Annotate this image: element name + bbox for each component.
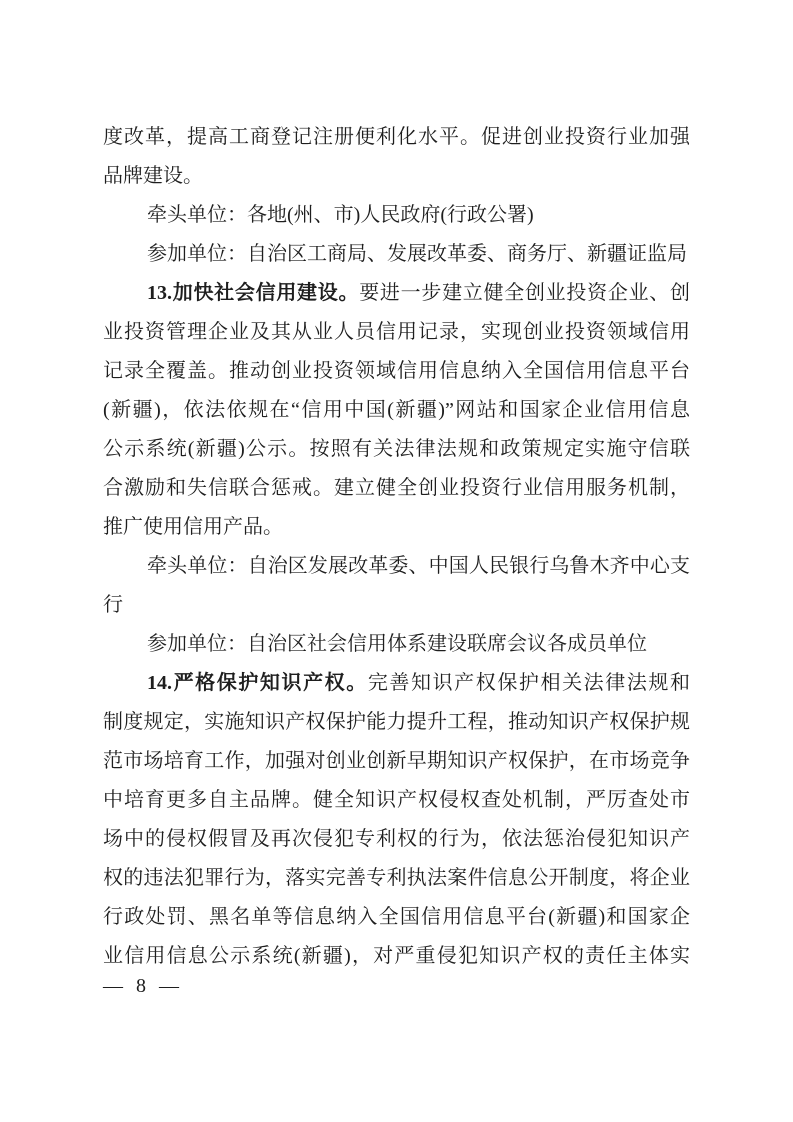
lead-unit-line: 牵头单位：各地(州、市)人民政府(行政公署)	[103, 196, 690, 235]
text-line: 13.加快社会信用建设。要进一步建立健全创业投资企业、创	[103, 274, 690, 313]
text-line: 公示系统(新疆)公示。按照有关法律法规和政策规定实施守信联	[103, 430, 690, 469]
text-run: 完善知识产权保护相关法律法规和	[368, 672, 690, 694]
item-14-heading: 14.严格保护知识产权。	[147, 672, 368, 694]
text-line: 行政处罚、黑名单等信息纳入全国信用信息平台(新疆)和国家企	[103, 898, 690, 937]
document-body: 度改革，提高工商登记注册便利化水平。促进创业投资行业加强 品牌建设。 牵头单位：…	[103, 118, 690, 976]
item-13-heading: 13.加快社会信用建设。	[147, 282, 359, 304]
text-line: 品牌建设。	[103, 157, 690, 196]
text-line: 记录全覆盖。推动创业投资领域信用信息纳入全国信用信息平台	[103, 352, 690, 391]
participating-unit-line: 参加单位：自治区社会信用体系建设联席会议各成员单位	[103, 625, 690, 664]
text-line: 度改革，提高工商登记注册便利化水平。促进创业投资行业加强	[103, 118, 690, 157]
lead-unit-line: 牵头单位：自治区发展改革委、中国人民银行乌鲁木齐中心支	[103, 547, 690, 586]
text-line: 权的违法犯罪行为，落实完善专利执法案件信息公开制度，将企业	[103, 859, 690, 898]
document-page: 度改革，提高工商登记注册便利化水平。促进创业投资行业加强 品牌建设。 牵头单位：…	[0, 0, 793, 1122]
text-line: 制度规定，实施知识产权保护能力提升工程，推动知识产权保护规	[103, 703, 690, 742]
text-line: 行	[103, 586, 690, 625]
participating-unit-line: 参加单位：自治区工商局、发展改革委、商务厅、新疆证监局	[103, 235, 690, 274]
text-line: 范市场培育工作，加强对创业创新早期知识产权保护，在市场竞争	[103, 742, 690, 781]
text-line: (新疆)，依法依规在“信用中国(新疆)”网站和国家企业信用信息	[103, 391, 690, 430]
text-line: 推广使用信用产品。	[103, 508, 690, 547]
page-number: — 8 —	[103, 972, 180, 1000]
text-line: 业信用信息公示系统(新疆)，对严重侵犯知识产权的责任主体实	[103, 937, 690, 976]
text-line: 中培育更多自主品牌。健全知识产权侵权查处机制，严厉查处市	[103, 781, 690, 820]
text-line: 14.严格保护知识产权。完善知识产权保护相关法律法规和	[103, 664, 690, 703]
text-line: 场中的侵权假冒及再次侵犯专利权的行为，依法惩治侵犯知识产	[103, 820, 690, 859]
text-run: 要进一步建立健全创业投资企业、创	[359, 282, 690, 304]
text-line: 业投资管理企业及其从业人员信用记录，实现创业投资领域信用	[103, 313, 690, 352]
text-line: 合激励和失信联合惩戒。建立健全创业投资行业信用服务机制，	[103, 469, 690, 508]
